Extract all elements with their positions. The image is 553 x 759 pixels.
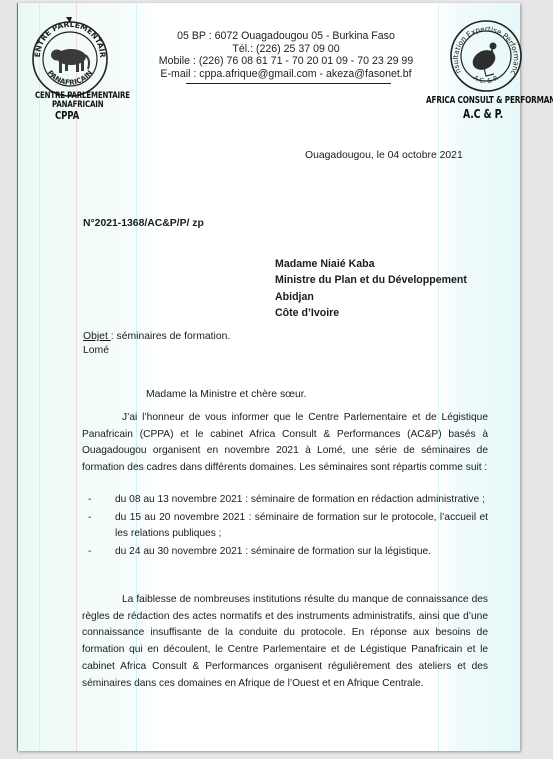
contact-address: 05 BP : 6072 Ouagadougou 05 - Burkina Fa…	[155, 30, 417, 43]
seminar-item: -du 08 au 13 novembre 2021 : séminaire d…	[82, 492, 488, 508]
bullet-dash: -	[88, 544, 91, 560]
contact-divider	[186, 83, 391, 84]
acp-logo-icon: Consultation Expertise Performances A.C.…	[448, 18, 524, 94]
reference-number: N°2021-1368/AC&P/P/ zp	[83, 218, 204, 229]
subject-location: Lomé	[83, 344, 230, 358]
subject-text: : séminaires de formation.	[111, 331, 231, 342]
cppa-acronym: CPPA	[55, 110, 79, 121]
acp-name-line1: AFRICA CONSULT & PERFORMANCES	[426, 96, 553, 106]
recipient-name: Madame Niaié Kaba	[275, 256, 467, 272]
acp-acronym: A.C & P.	[463, 108, 503, 120]
contact-phone: Tél.: (226) 25 37 09 00	[155, 43, 417, 56]
recipient-block: Madame Niaié Kaba Ministre du Plan et du…	[275, 256, 467, 321]
bullet-dash: -	[88, 510, 91, 526]
seminar-item: -du 24 au 30 novembre 2021 : séminaire d…	[82, 544, 488, 560]
place-date: Ouagadougou, le 04 octobre 2021	[305, 150, 463, 161]
contact-mobile: Mobile : (226) 76 08 61 71 - 70 20 01 09…	[155, 55, 417, 68]
scan-line	[39, 3, 40, 751]
svg-text:PANAFRICAIN: PANAFRICAIN	[46, 69, 94, 87]
seminar-item: -du 15 au 20 novembre 2021 : séminaire d…	[82, 510, 488, 543]
paragraph-context: La faiblesse de nombreuses institutions …	[82, 592, 488, 692]
seminar-list: -du 08 au 13 novembre 2021 : séminaire d…	[82, 492, 488, 562]
recipient-title: Ministre du Plan et du Développement	[275, 272, 467, 288]
subject-label: Objet	[83, 331, 111, 342]
recipient-country: Côte d’Ivoire	[275, 305, 467, 321]
salutation: Madame la Ministre et chère sœur.	[146, 389, 307, 400]
paragraph-intro: J’ai l’honneur de vous informer que le C…	[82, 410, 488, 477]
subject-block: Objet : séminaires de formation. Lomé	[83, 330, 230, 358]
recipient-city: Abidjan	[275, 289, 467, 305]
cppa-logo-icon: CENTRE PARLEMENTAIRE PANAFRICAIN	[28, 15, 112, 99]
bullet-dash: -	[88, 492, 91, 508]
contact-block: 05 BP : 6072 Ouagadougou 05 - Burkina Fa…	[155, 30, 417, 80]
contact-email: E-mail : cppa.afrique@gmail.com - akeza@…	[155, 68, 417, 81]
